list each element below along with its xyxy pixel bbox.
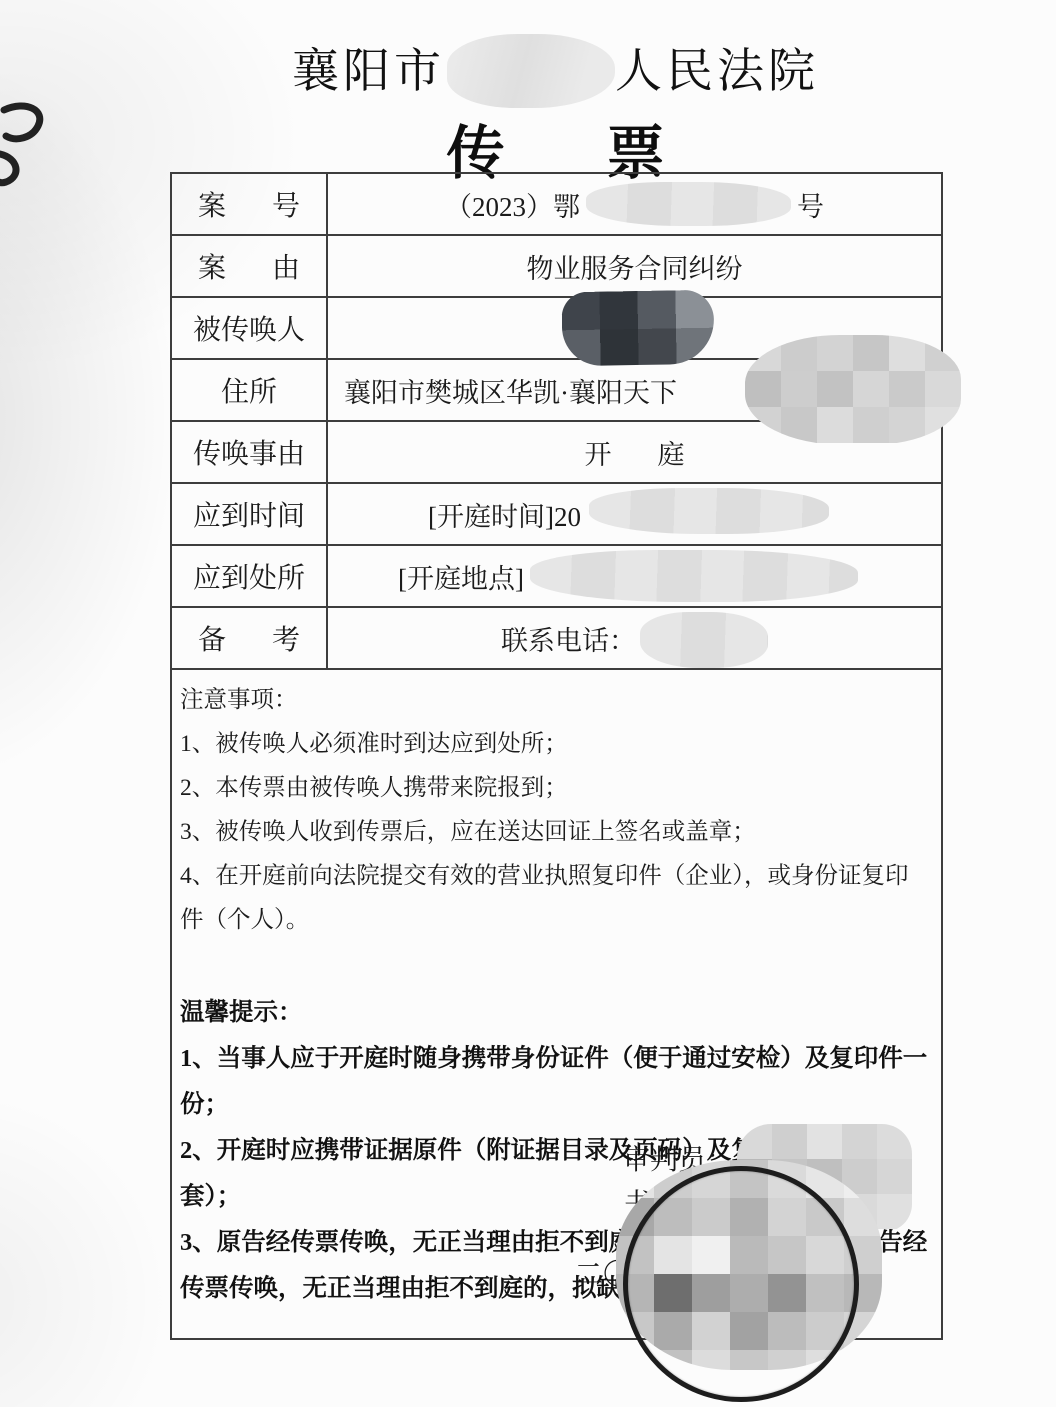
label-arrival-time: 应到时间 bbox=[172, 484, 328, 544]
notes-item-3: 3、被传唤人收到传票后，应在送达回证上签名或盖章； bbox=[180, 810, 931, 854]
table-row-arrival-place: 应到处所 [开庭地点] bbox=[172, 546, 941, 608]
value-case-number: （2023）鄂 号 bbox=[328, 174, 941, 234]
label-cause: 案由 bbox=[172, 236, 328, 296]
redaction-hearing-place bbox=[530, 550, 858, 602]
table-row-cause: 案由 物业服务合同纠纷 bbox=[172, 236, 941, 298]
value-arrival-time: [开庭时间]20 bbox=[328, 484, 941, 544]
notes-item-4: 4、在开庭前向法院提交有效的营业执照复印件（企业），或身份证复印件（个人）。 bbox=[180, 854, 931, 942]
redaction-hearing-time bbox=[589, 488, 829, 534]
value-remarks: 联系电话： bbox=[328, 608, 941, 668]
value-arrival-place: [开庭地点] bbox=[328, 546, 941, 606]
redaction-court-name bbox=[447, 34, 615, 108]
scanned-court-summons: { "header": { "court_prefix": "襄阳市", "co… bbox=[0, 0, 1056, 1407]
label-case-number: 案号 bbox=[172, 174, 328, 234]
label-summoned-person: 被传唤人 bbox=[172, 298, 328, 358]
table-row-case-number: 案号 （2023）鄂 号 bbox=[172, 174, 941, 236]
handwritten-pen-mark bbox=[0, 98, 64, 198]
label-arrival-place: 应到处所 bbox=[172, 546, 328, 606]
value-cause: 物业服务合同纠纷 bbox=[328, 236, 941, 296]
tips-heading: 温馨提示： bbox=[180, 990, 931, 1036]
court-seal-stamp bbox=[623, 1166, 859, 1402]
notes-heading: 注意事项： bbox=[180, 678, 931, 722]
table-row-remarks: 备考 联系电话： bbox=[172, 608, 941, 670]
label-summon-reason: 传唤事由 bbox=[172, 422, 328, 482]
court-name-prefix: 襄阳市 bbox=[292, 46, 445, 98]
redaction-summoned-person bbox=[561, 290, 714, 367]
label-remarks: 备考 bbox=[172, 608, 328, 668]
tips-item-1: 1、当事人应于开庭时随身携带身份证件（便于通过安检）及复印件一份； bbox=[180, 1036, 931, 1128]
redaction-case-number bbox=[586, 182, 791, 226]
redaction-phone-number bbox=[640, 612, 768, 668]
court-name-suffix: 人民法院 bbox=[615, 46, 819, 98]
notes-item-1: 1、被传唤人必须准时到达应到处所； bbox=[180, 722, 931, 766]
notes-item-2: 2、本传票由被传唤人携带来院报到； bbox=[180, 766, 931, 810]
label-address: 住所 bbox=[172, 360, 328, 420]
table-row-arrival-time: 应到时间 [开庭时间]20 bbox=[172, 484, 941, 546]
redaction-address bbox=[745, 335, 961, 445]
